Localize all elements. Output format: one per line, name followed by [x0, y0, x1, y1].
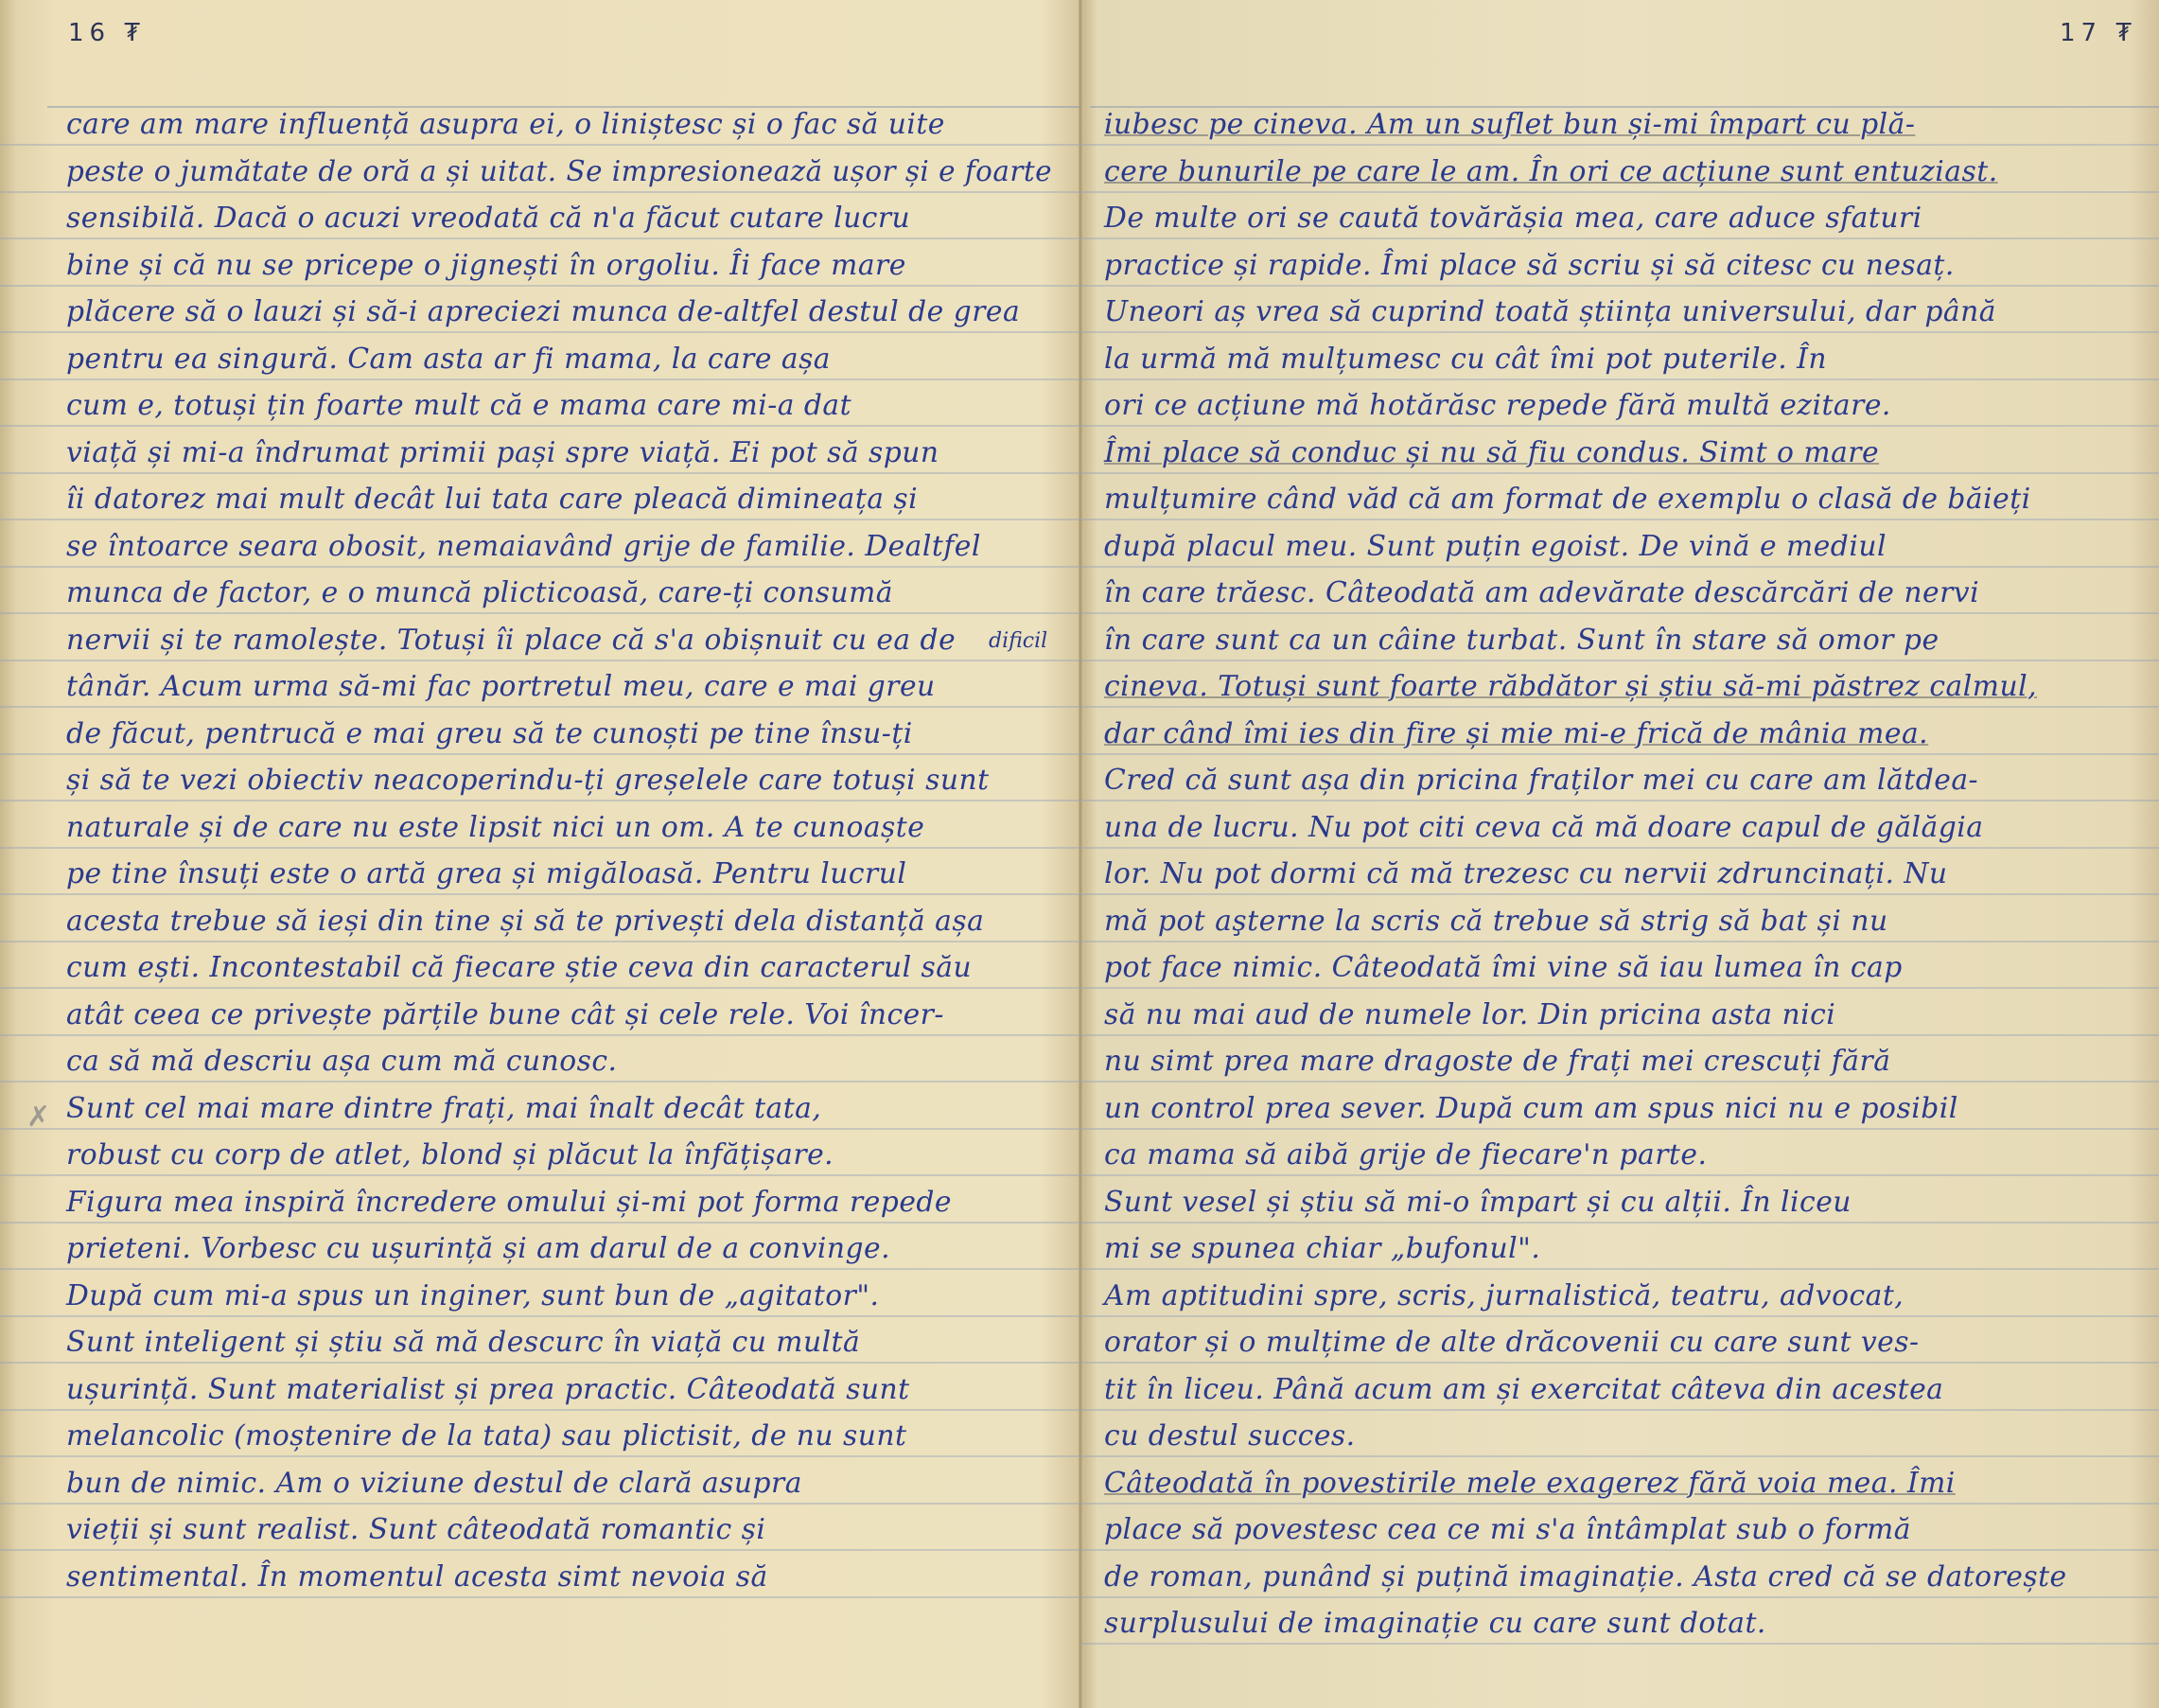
ruled-line [1080, 753, 2159, 755]
ruled-line [0, 1409, 1080, 1411]
handwritten-line: și să te vezi obiectiv neacoperindu-ți g… [66, 762, 1051, 800]
ruled-line [0, 800, 1080, 801]
ruled-line [0, 144, 1080, 146]
handwritten-line: cu destul succes. [1104, 1417, 2131, 1455]
ruled-line [0, 1549, 1080, 1551]
ruled-line [0, 1128, 1080, 1130]
handwritten-line: lor. Nu pot dormi că mă trezesc cu nervi… [1104, 855, 2131, 893]
handwritten-line: Sunt vesel și știu să mi-o împart și cu … [1104, 1184, 2131, 1222]
ruled-line [1080, 1409, 2159, 1411]
right-page: 17 ₮ iubesc pe cineva. Am un suflet bun … [1080, 0, 2159, 1708]
ruled-line [0, 753, 1080, 755]
handwritten-line: pentru ea singură. Cam asta ar fi mama, … [66, 341, 1051, 379]
ruled-line [1080, 1549, 2159, 1551]
ruled-line [0, 1081, 1080, 1083]
handwritten-line: naturale și de care nu este lipsit nici … [66, 809, 1051, 847]
ruled-line [1080, 1503, 2159, 1505]
handwritten-line: să nu mai aud de numele lor. Din pricina… [1104, 996, 2131, 1034]
handwritten-line: munca de factor, e o muncă plicticoasă, … [66, 574, 1051, 612]
handwritten-line: sensibilă. Dacă o acuzi vreodată că n'a … [66, 200, 1051, 238]
handwritten-line: cum ești. Incontestabil că fiecare știe … [66, 949, 1051, 987]
ruled-line [1080, 706, 2159, 708]
handwritten-line: mulțumire când văd că am format de exemp… [1104, 481, 2131, 519]
ruled-line [1080, 1174, 2159, 1176]
handwritten-line: nervii și te ramolește. Totuși îi place … [66, 622, 1051, 660]
handwritten-line: cere bunurile pe care le am. În ori ce a… [1104, 153, 2131, 191]
page-number-left: 16 ₮ [68, 19, 146, 47]
handwritten-line: surplusului de imaginație cu care sunt d… [1104, 1605, 2131, 1643]
handwritten-line: în care trăesc. Câteodată am adevărate d… [1104, 574, 2131, 612]
handwritten-line: mi se spunea chiar „bufonul". [1104, 1230, 2131, 1268]
ruled-line [0, 847, 1080, 849]
ruled-line [1080, 1268, 2159, 1270]
handwritten-line: de făcut, pentrucă e mai greu să te cuno… [66, 715, 1051, 753]
ruled-line [0, 566, 1080, 568]
handwritten-line: cineva. Totuși sunt foarte răbdător și ș… [1104, 668, 2131, 706]
handwritten-line: acesta trebue să ieși din tine și să te … [66, 903, 1051, 941]
handwritten-line: ori ce acțiune mă hotărăsc repede fără m… [1104, 387, 2131, 425]
ruled-line [0, 331, 1080, 333]
ruled-line [0, 1503, 1080, 1505]
ruled-line [1080, 1362, 2159, 1364]
ruled-line [1080, 941, 2159, 942]
ruled-line [1080, 1034, 2159, 1036]
ruled-line [0, 706, 1080, 708]
ruled-line [1080, 1128, 2159, 1130]
handwritten-line: în care sunt ca un câine turbat. Sunt în… [1104, 622, 2131, 660]
handwritten-line: Am aptitudini spre, scris, jurnalistică,… [1104, 1277, 2131, 1315]
handwritten-line: viață și mi-a îndrumat primii pași spre … [66, 434, 1051, 472]
ruled-line [0, 612, 1080, 614]
ruled-line [1080, 566, 2159, 568]
ruled-line [1080, 191, 2159, 193]
handwritten-line: la urmă mă mulțumesc cu cât îmi pot pute… [1104, 341, 2131, 379]
notebook-spread: 16 ₮ dificil ✗ care am mare influență as… [0, 0, 2159, 1708]
ruled-line [1080, 660, 2159, 661]
ruled-line [1080, 331, 2159, 333]
handwritten-line: Sunt inteligent și știu să mă descurc în… [66, 1324, 1051, 1362]
ruled-line [0, 1222, 1080, 1224]
ruled-line [0, 472, 1080, 474]
handwritten-line: melancolic (moștenire de la tata) sau pl… [66, 1417, 1051, 1455]
ruled-line [0, 238, 1080, 239]
ruled-line [0, 1362, 1080, 1364]
ruled-line [0, 379, 1080, 380]
ruled-line [0, 285, 1080, 287]
handwritten-line: bun de nimic. Am o viziune destul de cla… [66, 1465, 1051, 1503]
ruled-line [0, 519, 1080, 520]
ruled-line [1080, 847, 2159, 849]
handwritten-line: atât ceea ce privește părțile bune cât ș… [66, 996, 1051, 1034]
ruled-line [1080, 379, 2159, 380]
handwritten-line: orator și o mulțime de alte drăcovenii c… [1104, 1324, 2131, 1362]
ruled-line [1080, 987, 2159, 989]
ruled-line [1080, 144, 2159, 146]
handwritten-line: se întoarce seara obosit, nemaiavând gri… [66, 528, 1051, 566]
handwritten-line: Câteodată în povestirile mele exagerez f… [1104, 1465, 2131, 1503]
ruled-line [1080, 472, 2159, 474]
handwritten-line: ușurință. Sunt materialist și prea pract… [66, 1371, 1051, 1409]
handwritten-line: de roman, punând și puțină imaginație. A… [1104, 1558, 2131, 1596]
handwritten-line: una de lucru. Nu pot citi ceva că mă doa… [1104, 809, 2131, 847]
ruled-line [1080, 1596, 2159, 1598]
page-number-right: 17 ₮ [2060, 19, 2137, 47]
ruled-line [1080, 1315, 2159, 1317]
left-page: 16 ₮ dificil ✗ care am mare influență as… [0, 0, 1080, 1708]
ruled-line [1080, 1081, 2159, 1083]
ruled-line [1080, 1222, 2159, 1224]
ruled-line [0, 191, 1080, 193]
handwritten-line: robust cu corp de atlet, blond și plăcut… [66, 1136, 1051, 1174]
handwritten-line: place să povestesc cea ce mi s'a întâmpl… [1104, 1511, 2131, 1549]
handwritten-line: nu simt prea mare dragoste de frați mei … [1104, 1043, 2131, 1081]
handwritten-line: Cred că sunt așa din pricina fraților me… [1104, 762, 2131, 800]
ruled-line [1080, 285, 2159, 287]
ruled-line [1080, 1643, 2159, 1645]
handwritten-line: Figura mea inspiră încredere omului și-m… [66, 1184, 1051, 1222]
handwritten-line: practice și rapide. Îmi place să scriu ș… [1104, 247, 2131, 285]
handwritten-line: După cum mi-a spus un inginer, sunt bun … [66, 1277, 1051, 1315]
handwritten-line: dar când îmi ies din fire și mie mi-e fr… [1104, 715, 2131, 753]
ruled-line [1080, 893, 2159, 895]
ruled-line [0, 1174, 1080, 1176]
handwritten-line: tânăr. Acum urma să-mi fac portretul meu… [66, 668, 1051, 706]
ruled-line [0, 1596, 1080, 1598]
handwritten-line: De multe ori se caută tovărășia mea, car… [1104, 200, 2131, 238]
handwritten-line: iubesc pe cineva. Am un suflet bun și-mi… [1104, 106, 2131, 144]
ruled-line [0, 893, 1080, 895]
handwritten-line: tit în liceu. Până acum am și exercitat … [1104, 1371, 2131, 1409]
handwritten-line: pot face nimic. Câteodată îmi vine să ia… [1104, 949, 2131, 987]
handwritten-line: prieteni. Vorbesc cu ușurință și am daru… [66, 1230, 1051, 1268]
ruled-line [1080, 519, 2159, 520]
ruled-line [0, 425, 1080, 427]
handwritten-line: mă pot aşterne la scris că trebue să str… [1104, 903, 2131, 941]
handwritten-line: sentimental. În momentul acesta simt nev… [66, 1558, 1051, 1596]
ruled-line [0, 1455, 1080, 1457]
ruled-line [0, 1268, 1080, 1270]
ruled-line [1080, 612, 2159, 614]
handwritten-line: pe tine însuți este o artă grea și migăl… [66, 855, 1051, 893]
ruled-line [0, 1315, 1080, 1317]
handwritten-line: bine și că nu se pricepe o jignești în o… [66, 247, 1051, 285]
handwritten-line: plăcere să o lauzi și să-i apreciezi mun… [66, 293, 1051, 331]
handwritten-line: care am mare influență asupra ei, o lini… [66, 106, 1051, 144]
handwritten-line: vieții și sunt realist. Sunt câteodată r… [66, 1511, 1051, 1549]
ruled-line [1080, 238, 2159, 239]
ruled-line [0, 987, 1080, 989]
handwritten-line: peste o jumătate de oră a și uitat. Se i… [66, 153, 1041, 191]
handwritten-line: cum e, totuși țin foarte mult că e mama … [66, 387, 1051, 425]
handwritten-line: Uneori aș vrea să cuprind toată știința … [1104, 293, 2131, 331]
ruled-line [0, 660, 1080, 661]
handwritten-line: Sunt cel mai mare dintre frați, mai înal… [66, 1090, 1051, 1128]
handwritten-line: Îmi place să conduc și nu să fiu condus.… [1104, 434, 2131, 472]
handwritten-line: ca să mă descriu așa cum mă cunosc. [66, 1043, 1051, 1081]
handwritten-line: ca mama să aibă grije de fiecare'n parte… [1104, 1136, 2131, 1174]
ruled-line [1080, 425, 2159, 427]
ruled-line [0, 941, 1080, 942]
ruled-line [0, 1034, 1080, 1036]
handwritten-line: un control prea sever. După cum am spus … [1104, 1090, 2131, 1128]
handwritten-line: după placul meu. Sunt puțin egoist. De v… [1104, 528, 2131, 566]
handwritten-line: îi datorez mai mult decât lui tata care … [66, 481, 1051, 519]
ruled-line [1080, 800, 2159, 801]
ruled-line [1080, 1455, 2159, 1457]
